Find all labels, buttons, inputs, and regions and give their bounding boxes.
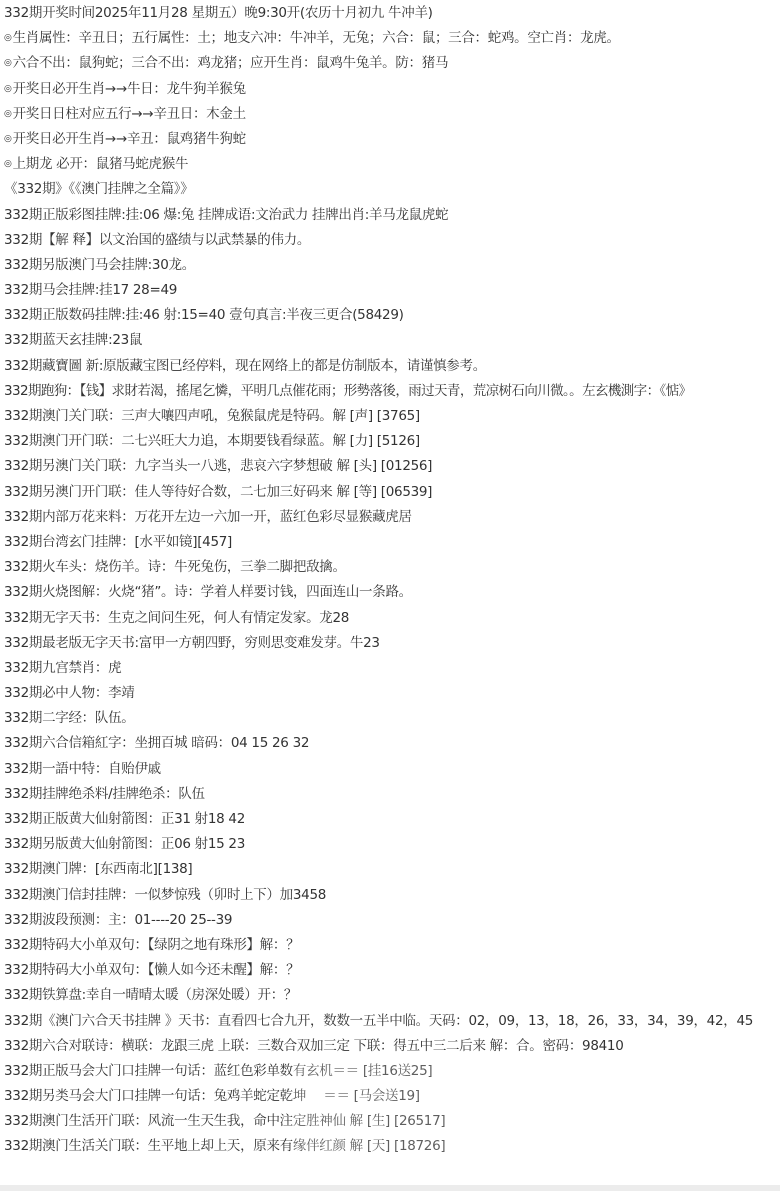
text-line: 332期六合信箱紅字：坐拥百城 暗码：04 15 26 32 [4,731,778,756]
text-line: 332期六合对联诗：横联：龙跟三虎 上联：三数合双加三定 下联：得五中三二后来 … [4,1034,778,1059]
text-line: 332期澳门牌：[东西南北][138] [4,857,778,882]
text-line: 332期澳门开门联：二七兴旺大力追，本期要钱看绿蓝。解 [力] [5126] [4,429,778,454]
text-line: 332期跑狗：【钱】求財若渴，搖尾乞憐，平明几点催花雨；形勢落後，雨过天青，荒凉… [4,379,778,404]
text-line: 332期铁算盘:幸自一晴晴太暖（房深处暖）开：？ [4,983,778,1008]
text-line: 332期二字经：队伍。 [4,706,778,731]
text-line: 332期波段预测：主：01----20 25--39 [4,908,778,933]
bullet-icon: ◎ [4,109,12,119]
bullet-icon: ◎ [4,84,12,94]
bullet-icon: ◎ [4,58,12,68]
text-line: 332期另澳门开门联：佳人等待好合数，二七加三好码来 解 [等] [06539] [4,480,778,505]
text-line: 332期正版黄大仙射箭图：正31 射18 42 [4,807,778,832]
text-line: 332期内部万花来料：万花开左边一六加一开，蓝红色彩尽显猴藏虎居 [4,505,778,530]
info-bullet: ◎开奖日必开生肖→→辛丑：鼠鸡猪牛狗蛇 [4,127,778,152]
text-line: 332期【解 释】以文治国的盛绩与以武禁暴的伟力。 [4,228,778,253]
info-bullet: ◎生肖属性：辛丑日；五行属性：土；地支六冲：牛冲羊，无兔；六合：鼠；三合：蛇鸡。… [4,26,778,51]
text-line: 332期九宫禁肖：虎 [4,656,778,681]
text-line: 332期挂牌绝杀料/挂牌绝杀：队伍 [4,782,778,807]
tianshu-line: 332期《澳门六合天书挂牌 》天书：直看四七合九开，数数一五半中临。天码：02，… [4,1009,778,1034]
text-line: 332期澳门信封挂牌：一似梦惊残（卯时上下）加3458 [4,883,778,908]
draw-time-line: 332期开奖时间2025年11月28 星期五）晚9:30开(农历十月初九 牛冲羊… [4,1,778,26]
text-line: 332期澳门生活开门联：风流一生天生我，命中注定胜神仙 解 [生] [26517… [4,1109,778,1134]
bullet-icon: ◎ [4,134,12,144]
text-line: 332期必中人物：李靖 [4,681,778,706]
bottom-edge [0,1185,780,1191]
info-bullet: ◎上期龙 必开：鼠猪马蛇虎猴牛 [4,152,778,177]
text-line: 332期澳门生活关门联：生平地上却上天，原来有缘伴红颜 解 [天] [18726… [4,1134,778,1159]
section-title: 《332期》《《澳门挂牌之全篇》》 [4,177,778,202]
text-line: 332期特码大小单双句：【绿阴之地有珠形】解：？ [4,933,778,958]
text-line: 332期另版澳门马会挂牌:30龙。 [4,253,778,278]
text-line: 332期最老版无字天书:富甲一方朝四野，穷则思变难发芽。牛23 [4,631,778,656]
text-line: 332期正版马会大门口挂牌一句话：蓝红色彩单数有玄机＝＝ [挂16送25] [4,1059,778,1084]
text-line: 332期藏寶圖 新:原版藏宝图已经停料，现在网络上的都是仿制版本，请谨慎参考。 [4,354,778,379]
text-line: 332期无字天书：生克之间问生死，何人有情定发家。龙28 [4,606,778,631]
text-line: 332期特码大小单双句：【懒人如今还未醒】解：？ [4,958,778,983]
text-line: 332期正版彩图挂牌:挂:06 爆:兔 挂牌成语:文治武力 挂牌出肖:羊马龙鼠虎… [4,203,778,228]
article-body: 332期开奖时间2025年11月28 星期五）晚9:30开(农历十月初九 牛冲羊… [4,1,778,1160]
bullet-icon: ◎ [4,33,12,43]
text-line: 332期正版数码挂牌:挂:46 射:15=40 壹句真言:半夜三更合(58429… [4,303,778,328]
text-line: 332期台湾玄门挂牌：[水平如镜][457] [4,530,778,555]
text-line: 332期火烧图解：火烧“猪”。诗：学着人样要讨钱，四面连山一条路。 [4,580,778,605]
text-line: 332期澳门关门联：三声大嚷四声吼，兔猴鼠虎是特码。解 [声] [3765] [4,404,778,429]
text-line: 332期马会挂牌:挂17 28=49 [4,278,778,303]
text-line: 332期一語中特：自贻伊戚 [4,757,778,782]
info-bullet: ◎开奖日必开生肖→→牛日：龙牛狗羊猴兔 [4,77,778,102]
info-bullet: ◎六合不出：鼠狗蛇；三合不出：鸡龙猪；应开生肖：鼠鸡牛兔羊。防：猪马 [4,51,778,76]
text-line: 332期火车头：烧伤羊。诗：牛死兔伤，三拳二脚把敌擒。 [4,555,778,580]
info-bullet: ◎开奖日日柱对应五行→→辛丑日：木金土 [4,102,778,127]
text-line: 332期另版黄大仙射箭图：正06 射15 23 [4,832,778,857]
text-line: 332期蓝天玄挂牌:23鼠 [4,328,778,353]
text-line: 332期另类马会大门口挂牌一句话：兔鸡羊蛇定乾坤 ＝＝ [马会送19] [4,1084,778,1109]
bullet-icon: ◎ [4,159,12,169]
text-line: 332期另澳门关门联：九字当头一八逃，悲哀六字梦想破 解 [头] [01256] [4,454,778,479]
